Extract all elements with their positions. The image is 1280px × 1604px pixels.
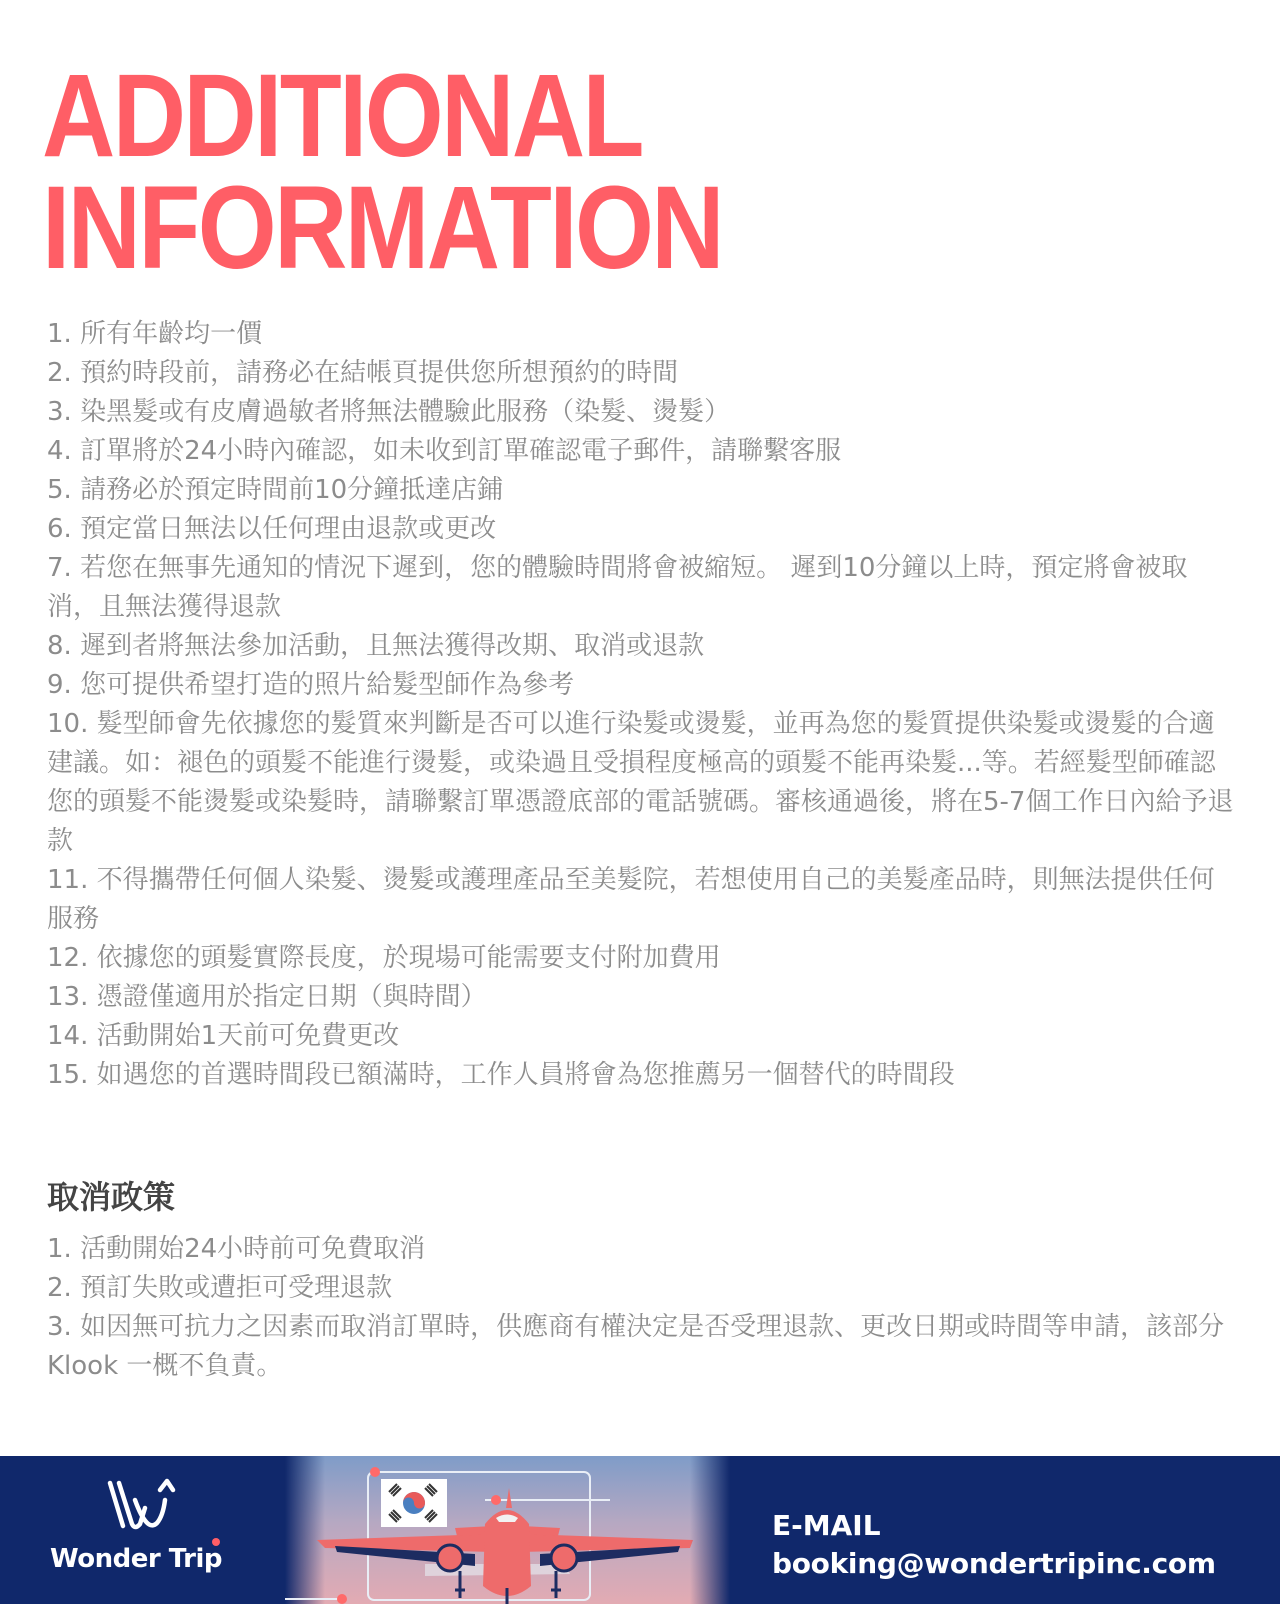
additional-info-list: 1. 所有年齡均一價 2. 預約時段前，請務必在結帳頁提供您所想預約的時間 3.… [47, 315, 1237, 1095]
brand-name: Wonder Trip [50, 1544, 250, 1574]
list-item: 5. 請務必於預定時間前10分鐘抵達店鋪 [47, 471, 1237, 510]
list-item: 1. 所有年齡均一價 [47, 315, 1237, 354]
list-item: 13. 憑證僅適用於指定日期（與時間） [47, 978, 1237, 1017]
cancellation-policy-list: 1. 活動開始24小時前可免費取消 2. 預訂失敗或遭拒可受理退款 3. 如因無… [47, 1230, 1237, 1386]
brand-logo: Wonder Trip [50, 1478, 250, 1598]
list-item: 12. 依據您的頭髮實際長度，於現場可能需要支付附加費用 [47, 939, 1237, 978]
list-item: 2. 預約時段前，請務必在結帳頁提供您所想預約的時間 [47, 354, 1237, 393]
brand-dot-icon [212, 1538, 220, 1546]
list-item: 8. 遲到者將無法參加活動，且無法獲得改期、取消或退款 [47, 627, 1237, 666]
email-address-link[interactable]: booking@wondertripinc.com [772, 1544, 1216, 1584]
list-item: 3. 染黑髮或有皮膚過敏者將無法體驗此服務（染髮、燙髮） [47, 393, 1237, 432]
list-item: 3. 如因無可抗力之因素而取消訂單時，供應商有權決定是否受理退款、更改日期或時間… [47, 1308, 1237, 1386]
list-item: 11. 不得攜帶任何個人染髮、燙髮或護理產品至美髮院，若想使用自己的美髮產品時，… [47, 861, 1237, 939]
korea-flag-icon [381, 1479, 447, 1527]
list-item: 2. 預訂失敗或遭拒可受理退款 [47, 1269, 1237, 1308]
title-line-2: INFORMATION [42, 172, 722, 284]
list-item: 14. 活動開始1天前可免費更改 [47, 1017, 1237, 1056]
list-item: 4. 訂單將於24小時內確認，如未收到訂單確認電子郵件，請聯繫客服 [47, 432, 1237, 471]
list-item: 9. 您可提供希望打造的照片給髮型師作為參考 [47, 666, 1237, 705]
list-item: 10. 髮型師會先依據您的髮質來判斷是否可以進行染髮或燙髮，並再為您的髮質提供染… [47, 705, 1237, 861]
title-line-1: ADDITIONAL [42, 60, 722, 172]
list-item: 15. 如遇您的首選時間段已額滿時，工作人員將會為您推薦另一個替代的時間段 [47, 1056, 1237, 1095]
email-label: E-MAIL [772, 1508, 1216, 1544]
wonder-trip-logo-icon [105, 1478, 185, 1534]
airplane-banner-image [285, 1456, 730, 1604]
cancellation-policy-heading: 取消政策 [47, 1172, 175, 1218]
airplane-icon [317, 1488, 693, 1604]
list-item: 1. 活動開始24小時前可免費取消 [47, 1230, 1237, 1269]
list-item: 7. 若您在無事先通知的情況下遲到，您的體驗時間將會被縮短。 遲到10分鐘以上時… [47, 549, 1237, 627]
footer: Wonder Trip [0, 1456, 1280, 1604]
list-item: 6. 預定當日無法以任何理由退款或更改 [47, 510, 1237, 549]
page-title: ADDITIONAL INFORMATION [42, 60, 722, 284]
contact-info: E-MAIL booking@wondertripinc.com [772, 1508, 1216, 1584]
airplane-illustration [285, 1456, 730, 1604]
